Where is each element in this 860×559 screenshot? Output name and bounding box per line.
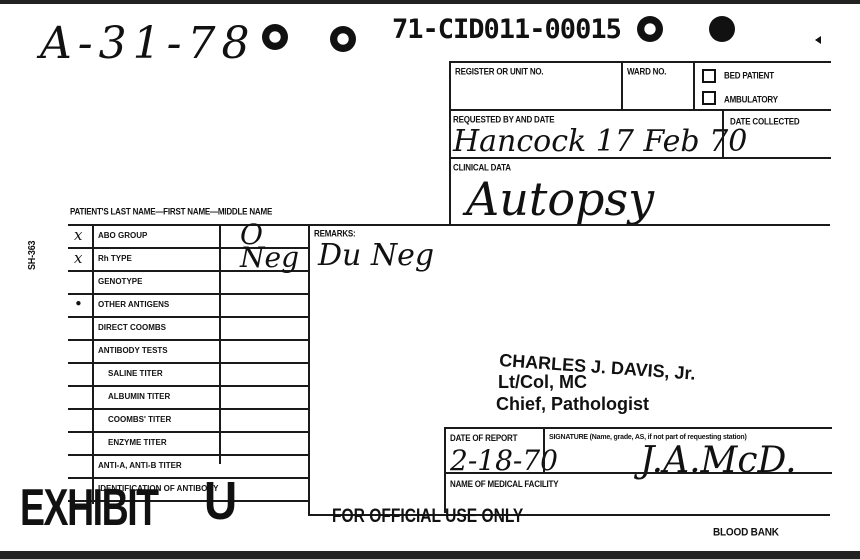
row-test-label: ANTI-A, ANTI-B TITER [98,461,182,470]
row-test-label: ANTIBODY TESTS [98,346,168,355]
row-test-label: GENOTYPE [98,277,142,286]
pathologist-rank: Lt/Col, MC [498,372,587,393]
punch-hole [637,16,663,42]
divider [543,427,545,472]
bed-patient-label: BED PATIENT [724,71,774,81]
punch-hole [330,26,356,52]
date-of-report-label: DATE OF REPORT [450,434,517,444]
divider [449,109,831,111]
patient-name-label: PATIENT'S LAST NAME—FIRST NAME—MIDDLE NA… [70,207,272,217]
punch-hole [709,16,735,42]
document-id-stamp: 71-CID011-00015 [392,14,621,45]
punch-hole [262,24,288,50]
register-label: REGISTER OR UNIT NO. [455,67,543,77]
row-test-label: ABO GROUP [98,231,147,240]
table-row: ALBUMIN TITER [68,385,308,408]
handwritten-reference: A-31-78 [40,18,256,69]
table-row: DIRECT COOMBS [68,316,308,339]
table-row: •OTHER ANTIGENS [68,293,308,316]
row-test-label: SALINE TITER [108,369,163,378]
row-test-label: OTHER ANTIGENS [98,300,169,309]
requested-by-label: REQUESTED BY AND DATE [453,115,554,125]
table-row: ANTI-A, ANTI-B TITER [68,454,308,477]
row-test-label: ENZYME TITER [108,438,167,447]
divider [444,472,832,474]
row-test-label: COOMBS' TITER [108,415,171,424]
clinical-data-label: CLINICAL DATA [453,163,511,173]
scan-bottom-edge [0,551,860,559]
table-row: COOMBS' TITER [68,408,308,431]
row-test-label: Rh TYPE [98,254,132,263]
divider [444,427,446,513]
clinical-data-value: Autopsy [466,172,654,226]
exhibit-stamp: EXHIBIT [20,478,158,538]
row-check-mark: x [74,249,82,267]
divider [621,61,623,109]
table-row: GENOTYPE [68,270,308,293]
ambulatory-checkbox[interactable] [702,91,716,105]
row-test-label: ALBUMIN TITER [108,392,170,401]
remarks-label: REMARKS: [314,229,356,239]
side-form-code: SH-363 [26,241,37,270]
signature-value: J.A.McD. [640,440,797,481]
facility-label: NAME OF MEDICAL FACILITY [450,480,558,490]
ward-label: WARD NO. [627,67,666,77]
table-row: ANTIBODY TESTS [68,339,308,362]
scan-top-edge [0,0,860,4]
bed-patient-checkbox[interactable] [702,69,716,83]
divider [449,157,831,159]
divider [449,61,451,226]
divider [693,61,695,109]
table-row: SALINE TITER [68,362,308,385]
divider [722,109,724,157]
requested-by-value: Hancock 17 Feb 70 [453,124,747,159]
ambulatory-label: AMBULATORY [724,95,778,105]
remarks-value: Du Neg [318,238,434,273]
divider [449,61,831,63]
table-row: ENZYME TITER [68,431,308,454]
pathologist-title: Chief, Pathologist [496,394,649,415]
row-test-label: DIRECT COOMBS [98,323,166,332]
table-row: xRh TYPENeg [68,247,308,270]
exhibit-letter: U [204,470,237,532]
official-use-banner: FOR OFFICIAL USE ONLY [332,506,523,528]
divider [444,427,832,429]
date-collected-label: DATE COLLECTED [730,117,800,127]
row-check-mark: x [74,226,82,244]
divider [308,224,310,514]
blood-bank-label: BLOOD BANK [713,526,779,538]
row-check-mark: • [74,295,83,313]
triangle-mark-icon [815,36,821,44]
